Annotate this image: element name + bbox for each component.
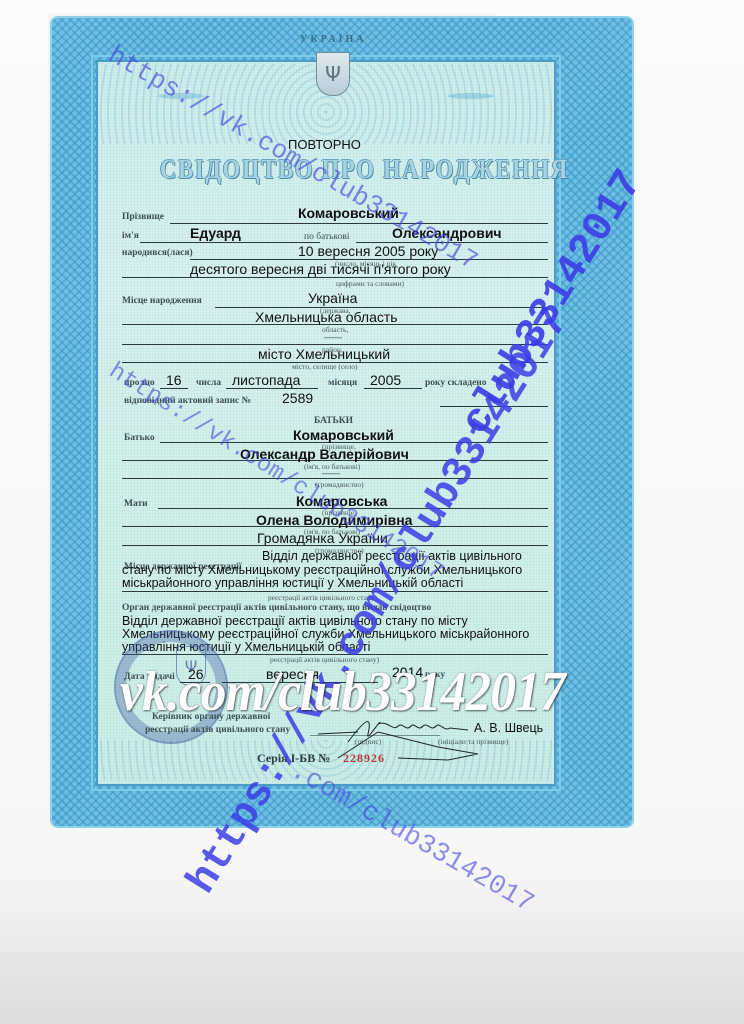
- issuer-line1: Відділ державної реєстрації актів цивіль…: [122, 614, 468, 628]
- patronymic-label: по батькові: [304, 232, 350, 242]
- month-label: місяця: [328, 378, 357, 388]
- surname-label: Прізвище: [122, 212, 164, 222]
- name-label: ім'я: [122, 231, 139, 241]
- child-name: Едуард: [190, 225, 241, 241]
- birth-region: Хмельницька область: [255, 309, 398, 325]
- watermark-vk-overlay: vk.com/club33142017: [120, 660, 565, 724]
- trident-icon: Ψ: [316, 52, 350, 96]
- day-label: числа: [196, 378, 221, 388]
- mother-label: Мати: [124, 499, 148, 509]
- series-number: 228926: [343, 751, 385, 766]
- record-day: 16: [166, 372, 182, 388]
- birth-city: місто Хмельницький: [258, 346, 390, 362]
- birth-district: ——: [324, 332, 342, 342]
- record-month: листопада: [232, 372, 300, 388]
- country-name: УКРАЇНА: [300, 34, 367, 45]
- birth-date-words-caption: цифрами та словами): [336, 279, 404, 288]
- city-caption: місто, селище (село): [292, 362, 358, 371]
- father-citizenship: ——: [322, 468, 340, 478]
- parents-heading: БАТЬКИ: [314, 416, 353, 426]
- birth-date-words: десятого вересня дві тисячі п'ятого року: [190, 261, 451, 277]
- birth-country: Україна: [308, 290, 357, 306]
- birthplace-label: Місце народження: [122, 296, 202, 306]
- registration-place-line2: стану по місту Хмельницькому реєстраційн…: [122, 563, 522, 577]
- father-surname: Комаровський: [293, 427, 394, 443]
- entry-number: 2589: [282, 390, 313, 406]
- born-label: народився(лася): [122, 248, 193, 258]
- certificate-title: СВІДОЦТВО ПРО НАРОДЖЕННЯ: [160, 154, 569, 185]
- record-year: 2005: [370, 372, 401, 388]
- father-label: Батько: [124, 433, 155, 443]
